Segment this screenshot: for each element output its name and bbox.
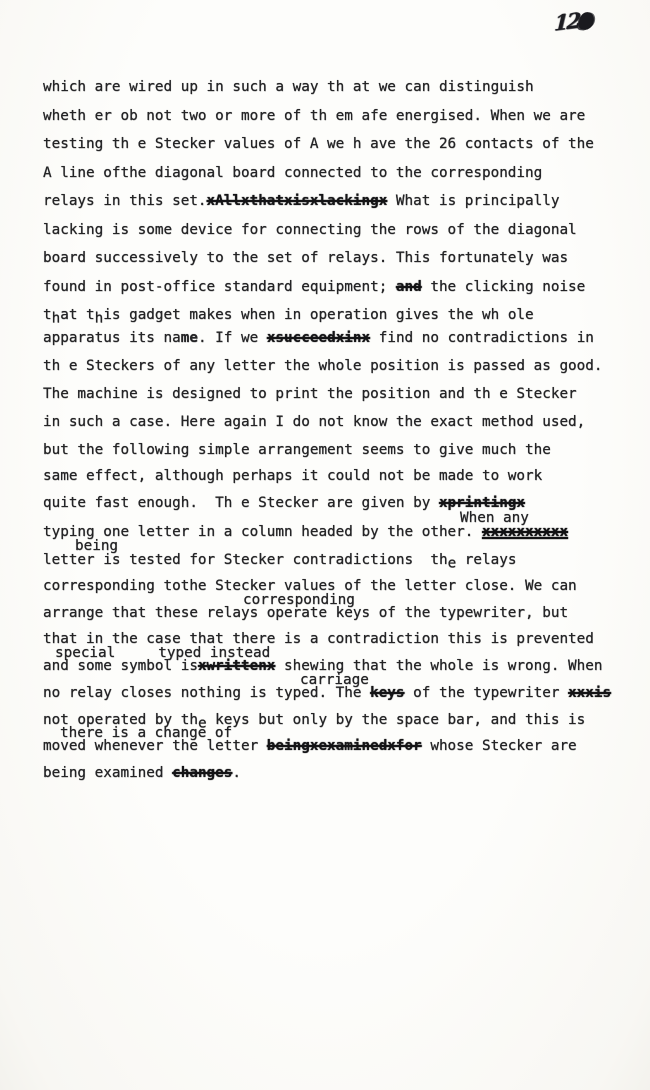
text-segment: no relay closes nothing is typed. The — [43, 685, 370, 701]
text-segment: wheth er ob not two or more of th em afe… — [43, 108, 585, 124]
text-segment: keys but only by the space bar, and this… — [207, 712, 586, 728]
text-line: which are wired up in such a way th at w… — [43, 79, 534, 96]
text-segment: e — [448, 556, 457, 573]
handwritten-page-number: 12 — [553, 7, 579, 35]
text-segment: letter is tested for Stecker contradicti… — [43, 552, 448, 568]
text-segment: arrange that these relays operate keys o… — [43, 605, 568, 621]
text-line: apparatus its name. If we xsucceedxinx f… — [43, 330, 594, 347]
text-line: found in post-office standard equipment;… — [43, 279, 585, 296]
text-segment: me — [181, 330, 198, 346]
struck-out-text: changes — [172, 765, 232, 781]
text-segment: What is principally — [387, 193, 559, 209]
text-segment: is gadget makes when in operation gives … — [103, 307, 533, 323]
text-line: no relay closes nothing is typed. The ke… — [43, 685, 611, 702]
text-segment: same effect, although perhaps it could n… — [43, 468, 542, 484]
text-line: that this gadget makes when in operation… — [43, 307, 534, 324]
struck-out-text: beingxexaminedxfor — [267, 738, 422, 754]
text-line: A line ofthe diagonal board connected to… — [43, 165, 542, 182]
text-line: relays in this set.xAllxthatxisxlackingx… — [43, 193, 559, 210]
text-segment: t — [43, 307, 52, 323]
text-segment: The machine is designed to print the pos… — [43, 386, 577, 402]
handwritten-page-mark: 12 — [553, 5, 595, 35]
text-segment: board successively to the set of relays.… — [43, 250, 568, 266]
struck-out-text: xxxxxxxxxx — [482, 524, 568, 540]
struck-out-text: xxxis — [568, 685, 611, 701]
text-segment: h — [52, 311, 61, 328]
text-line: quite fast enough. Th e Stecker are give… — [43, 495, 525, 512]
text-segment: apparatus its na — [43, 330, 181, 346]
text-line: letter is tested for Stecker contradicti… — [43, 552, 516, 569]
text-segment: moved whenever the letter — [43, 738, 267, 754]
text-segment: found in post-office standard equipment; — [43, 279, 396, 295]
text-line: lacking is some device for connecting th… — [43, 222, 577, 239]
text-segment: the clicking noise — [422, 279, 586, 295]
text-segment: h — [95, 311, 104, 328]
ink-blot-icon — [577, 11, 596, 30]
struck-out-text: and — [396, 279, 422, 295]
text-segment: of the typewriter — [405, 685, 569, 701]
struck-out-text: keys — [370, 685, 404, 701]
text-segment: being examined — [43, 765, 172, 781]
text-segment: . — [232, 765, 241, 781]
text-segment: lacking is some device for connecting th… — [43, 222, 577, 238]
text-line: th e Steckers of any letter the whole po… — [43, 358, 602, 375]
text-segment: testing th e Stecker values of A we h av… — [43, 136, 594, 152]
struck-out-text: xsucceedxinx — [267, 330, 370, 346]
text-segment: relays — [456, 552, 516, 568]
text-line: arrange that these relays operate keys o… — [43, 605, 568, 622]
text-segment: relays in this set. — [43, 193, 207, 209]
struck-out-text: xAllxthatxisxlackingx — [207, 193, 388, 209]
text-line: moved whenever the letter beingxexamined… — [43, 738, 577, 755]
text-segment: but the following simple arrangement see… — [43, 442, 551, 458]
text-segment: A line ofthe diagonal board connected to… — [43, 165, 542, 181]
text-line: but the following simple arrangement see… — [43, 442, 551, 459]
text-line: typing one letter in a column headed by … — [43, 524, 568, 541]
text-segment: quite fast enough. Th e Stecker are give… — [43, 495, 439, 511]
text-segment: which are wired up in such a way th at w… — [43, 79, 534, 95]
text-segment: whose Stecker are — [422, 738, 577, 754]
text-segment: th e Steckers of any letter the whole po… — [43, 358, 602, 374]
text-line: testing th e Stecker values of A we h av… — [43, 136, 594, 153]
text-segment: at t — [60, 307, 94, 323]
text-segment: and some symbol is — [43, 658, 198, 674]
text-line: board successively to the set of relays.… — [43, 250, 568, 267]
text-line: The machine is designed to print the pos… — [43, 386, 577, 403]
text-segment: find no contradictions in — [370, 330, 594, 346]
text-segment: in such a case. Here again I do not know… — [43, 414, 585, 430]
text-segment: . If we — [198, 330, 267, 346]
text-line: wheth er ob not two or more of th em afe… — [43, 108, 585, 125]
text-line: same effect, although perhaps it could n… — [43, 468, 542, 485]
text-line: in such a case. Here again I do not know… — [43, 414, 585, 431]
text-line: being examined changes. — [43, 765, 241, 782]
scanned-page: 12 which are wired up in such a way th a… — [0, 0, 650, 1090]
struck-out-text: xwrittenx — [198, 658, 275, 674]
struck-out-text: xprintingx — [439, 495, 525, 511]
